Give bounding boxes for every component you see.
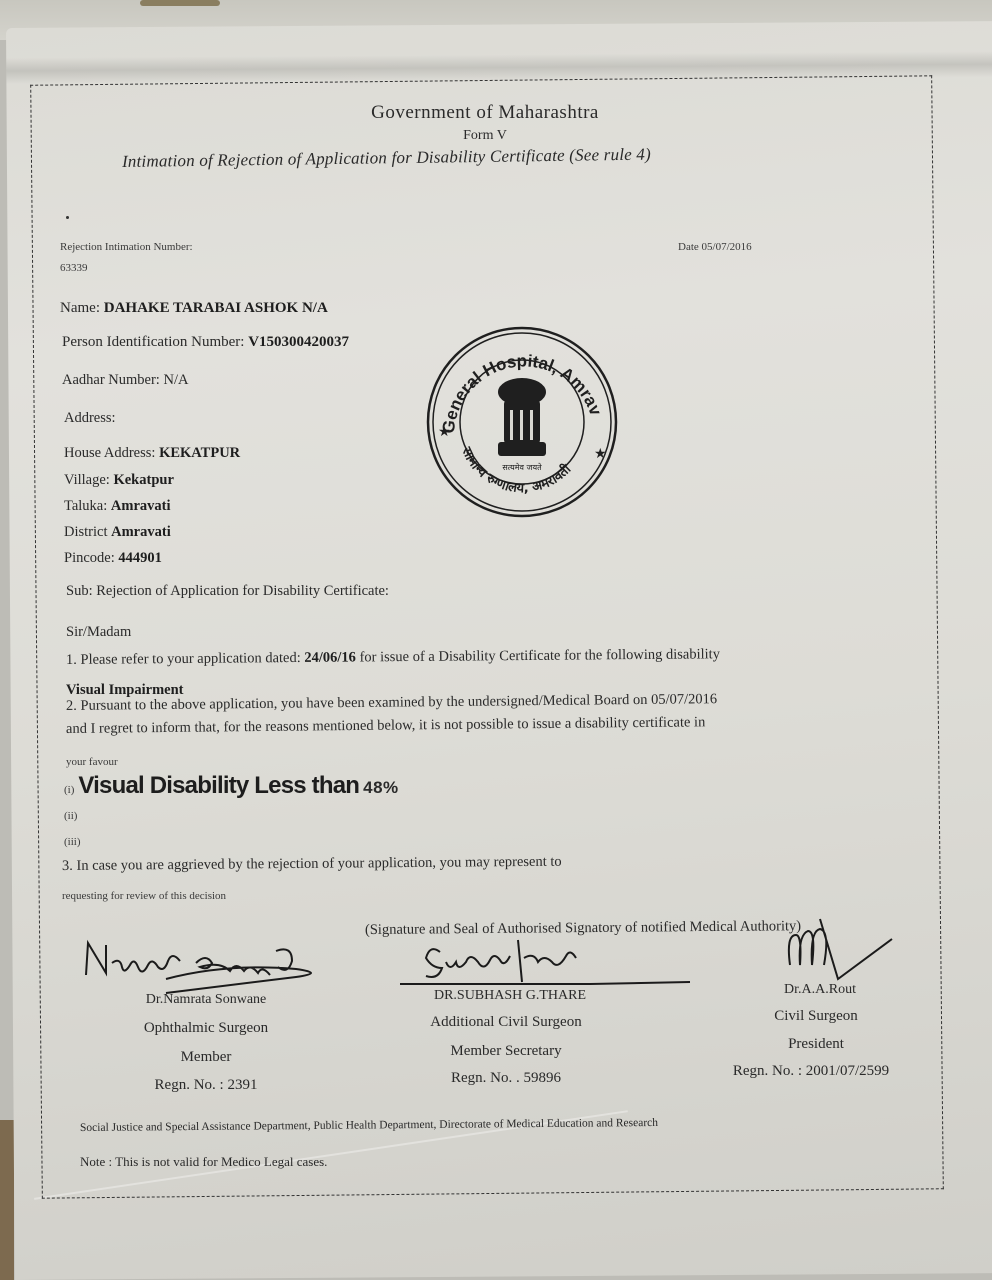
application-date: 24/06/16 xyxy=(304,649,356,665)
form-number: Form V xyxy=(0,128,970,144)
aadhar-field: Aadhar Number: N/A xyxy=(62,372,188,389)
footer-departments: Social Justice and Special Assistance De… xyxy=(80,1117,658,1134)
footer-note: Note : This is not valid for Medico Lega… xyxy=(80,1154,327,1170)
name-label: Name: xyxy=(60,300,100,316)
reason-1-percentage: 48% xyxy=(363,778,399,797)
signatory-1-regn: Regn. No. : 2391 xyxy=(96,1077,316,1094)
para1-suffix: for issue of a Disability Certificate fo… xyxy=(359,646,720,665)
signatory-2-name: DR.SUBHASH G.THARE xyxy=(400,988,620,1004)
government-heading: Government of Maharashtra xyxy=(0,102,970,124)
para1-prefix: 1. Please refer to your application date… xyxy=(66,650,301,668)
pin-value: V150300420037 xyxy=(248,334,349,350)
address-heading: Address: xyxy=(64,410,116,427)
signatory-3-designation: Civil Surgeon xyxy=(716,1008,916,1025)
taluka-field: Taluka: Amravati xyxy=(64,498,171,515)
signatory-3-role: President xyxy=(716,1036,916,1053)
paragraph-2-line-3: your favour xyxy=(66,756,118,768)
signatory-1-role: Member xyxy=(96,1049,316,1066)
reason-2-marker: (ii) xyxy=(64,810,77,822)
village-field: Village: Kekatpur xyxy=(64,472,174,489)
signatory-1-designation: Ophthalmic Surgeon xyxy=(96,1020,316,1037)
paragraph-3-line-2: requesting for review of this decision xyxy=(62,890,226,902)
signatory-2-role: Member Secretary xyxy=(396,1043,616,1060)
document-title: Intimation of Rejection of Application f… xyxy=(122,145,651,172)
reason-3-marker: (iii) xyxy=(64,836,81,848)
pincode-field: Pincode: 444901 xyxy=(64,550,162,567)
house-address-field: House Address: KEKATPUR xyxy=(64,445,240,462)
taluka-value: Amravati xyxy=(111,498,171,514)
name-field: Name: DAHAKE TARABAI ASHOK N/A xyxy=(60,300,328,317)
date-label: Date xyxy=(678,241,699,253)
date-value: 05/07/2016 xyxy=(702,241,752,253)
district-label: District xyxy=(64,524,108,540)
signatory-1-name: Dr.Namrata Sonwane xyxy=(96,992,316,1008)
aadhar-value: N/A xyxy=(163,372,188,388)
svg-text:★: ★ xyxy=(594,447,607,462)
reason-1-marker: (i) xyxy=(64,784,74,796)
rejection-number-value: 63339 xyxy=(60,262,88,274)
village-label: Village: xyxy=(64,472,110,488)
aadhar-label: Aadhar Number: xyxy=(62,372,160,388)
district-value: Amravati xyxy=(111,524,171,540)
signatory-2-designation: Additional Civil Surgeon xyxy=(396,1014,616,1031)
village-value: Kekatpur xyxy=(113,472,173,488)
paragraph-2-line-2: and I regret to inform that, for the rea… xyxy=(66,714,705,738)
pin-field: Person Identification Number: V150300420… xyxy=(62,334,349,351)
svg-text:★: ★ xyxy=(438,425,451,440)
paragraph-3-line-1: 3. In case you are aggrieved by the reje… xyxy=(62,854,562,875)
hospital-seal-stamp: General Hospital, Amravati सामान्य रुग्ण… xyxy=(424,324,620,520)
disability-rejection-form: Government of Maharashtra Form V Intimat… xyxy=(0,0,992,1280)
rejection-number-label: Rejection Intimation Number: xyxy=(60,241,193,253)
reason-1-text: Visual Disability Less than xyxy=(78,772,359,799)
reason-1: (i) Visual Disability Less than 48% xyxy=(64,772,399,800)
subject-line: Sub: Rejection of Application for Disabi… xyxy=(66,583,389,600)
name-value: DAHAKE TARABAI ASHOK N/A xyxy=(104,300,328,316)
pincode-value: 444901 xyxy=(118,550,162,566)
signature-caption: (Signature and Seal of Authorised Signat… xyxy=(365,918,801,939)
pin-label: Person Identification Number: xyxy=(62,334,244,350)
paragraph-1: 1. Please refer to your application date… xyxy=(66,646,720,669)
signature-namrata xyxy=(76,935,346,995)
signatory-3-name: Dr.A.A.Rout xyxy=(720,982,920,998)
taluka-label: Taluka: xyxy=(64,498,107,514)
stamp-motto: सत्यमेव जयते xyxy=(502,462,542,472)
emblem-icon xyxy=(498,378,546,456)
salutation: Sir/Madam xyxy=(66,624,131,641)
pincode-label: Pincode: xyxy=(64,550,115,566)
signatory-2-regn: Regn. No. . 59896 xyxy=(396,1070,616,1087)
house-address-value: KEKATPUR xyxy=(159,445,240,461)
date-field: Date 05/07/2016 xyxy=(678,241,752,253)
district-field: District Amravati xyxy=(64,524,171,541)
house-address-label: House Address: xyxy=(64,445,155,461)
signatory-3-regn: Regn. No. : 2001/07/2599 xyxy=(706,1063,916,1080)
